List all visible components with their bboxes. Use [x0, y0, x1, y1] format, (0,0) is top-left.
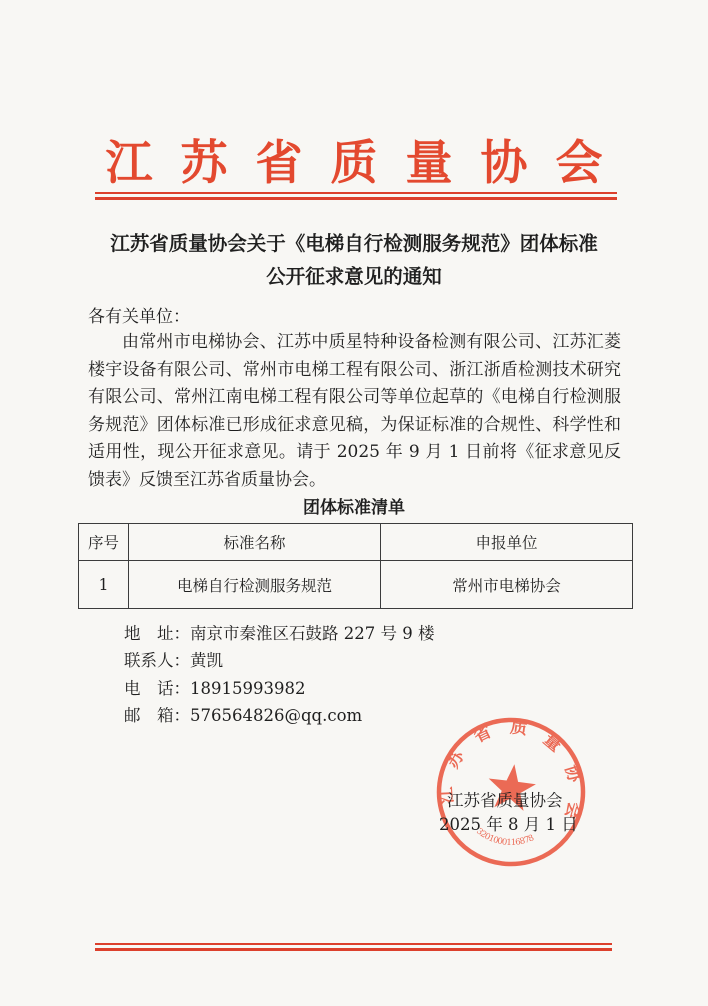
column-header-applicant: 申报单位 [381, 524, 633, 561]
contact-phone-row: 电 话：18915993982 [124, 675, 434, 702]
notice-title-line1: 江苏省质量协会关于《电梯自行检测服务规范》团体标准 [44, 227, 664, 260]
person-value: 黄凯 [190, 651, 223, 670]
contact-address-row: 地 址：南京市秦淮区石鼓路 227 号 9 楼 [124, 620, 434, 647]
person-label: 联系人： [124, 651, 190, 670]
email-label: 邮 箱： [124, 706, 190, 725]
phone-value: 18915993982 [190, 679, 305, 698]
footer-divider-rule [95, 943, 612, 951]
column-header-standard-name: 标准名称 [129, 524, 381, 561]
letterhead-org-name: 江苏省质量协会 [0, 126, 708, 193]
letterhead-divider-rule [95, 192, 617, 200]
notice-document-page: 江苏省质量协会 江苏省质量协会关于《电梯自行检测服务规范》团体标准 公开征求意见… [0, 0, 708, 1006]
cell-standard-name: 电梯自行检测服务规范 [129, 561, 381, 609]
signature-org-name: 江苏省质量协会 [447, 787, 563, 811]
column-header-seq: 序号 [79, 524, 129, 561]
email-value: 576564826@qq.com [190, 706, 362, 725]
table-header-row: 序号 标准名称 申报单位 [79, 524, 633, 561]
address-label: 地 址： [124, 624, 190, 643]
cell-seq: 1 [79, 561, 129, 609]
notice-title-line2: 公开征求意见的通知 [44, 260, 664, 293]
contact-email-row: 邮 箱：576564826@qq.com [124, 702, 434, 729]
table-caption: 团体标准清单 [0, 493, 708, 518]
notice-body-paragraph: 由常州市电梯协会、江苏中质星特种设备检测有限公司、江苏汇菱楼宇设备有限公司、常州… [88, 329, 621, 495]
cell-applicant: 常州市电梯协会 [381, 561, 633, 609]
contact-person-row: 联系人：黄凯 [124, 647, 434, 674]
phone-label: 电 话： [124, 679, 190, 698]
salutation: 各有关单位： [88, 302, 190, 327]
contact-block: 地 址：南京市秦淮区石鼓路 227 号 9 楼 联系人：黄凯 电 话：18915… [124, 620, 434, 729]
signature-date: 2025 年 8 月 1 日 [439, 811, 578, 835]
table-row: 1 电梯自行检测服务规范 常州市电梯协会 [79, 561, 633, 609]
notice-title: 江苏省质量协会关于《电梯自行检测服务规范》团体标准 公开征求意见的通知 [44, 227, 664, 293]
standards-table: 序号 标准名称 申报单位 1 电梯自行检测服务规范 常州市电梯协会 [78, 523, 633, 609]
address-value: 南京市秦淮区石鼓路 227 号 9 楼 [190, 624, 434, 643]
